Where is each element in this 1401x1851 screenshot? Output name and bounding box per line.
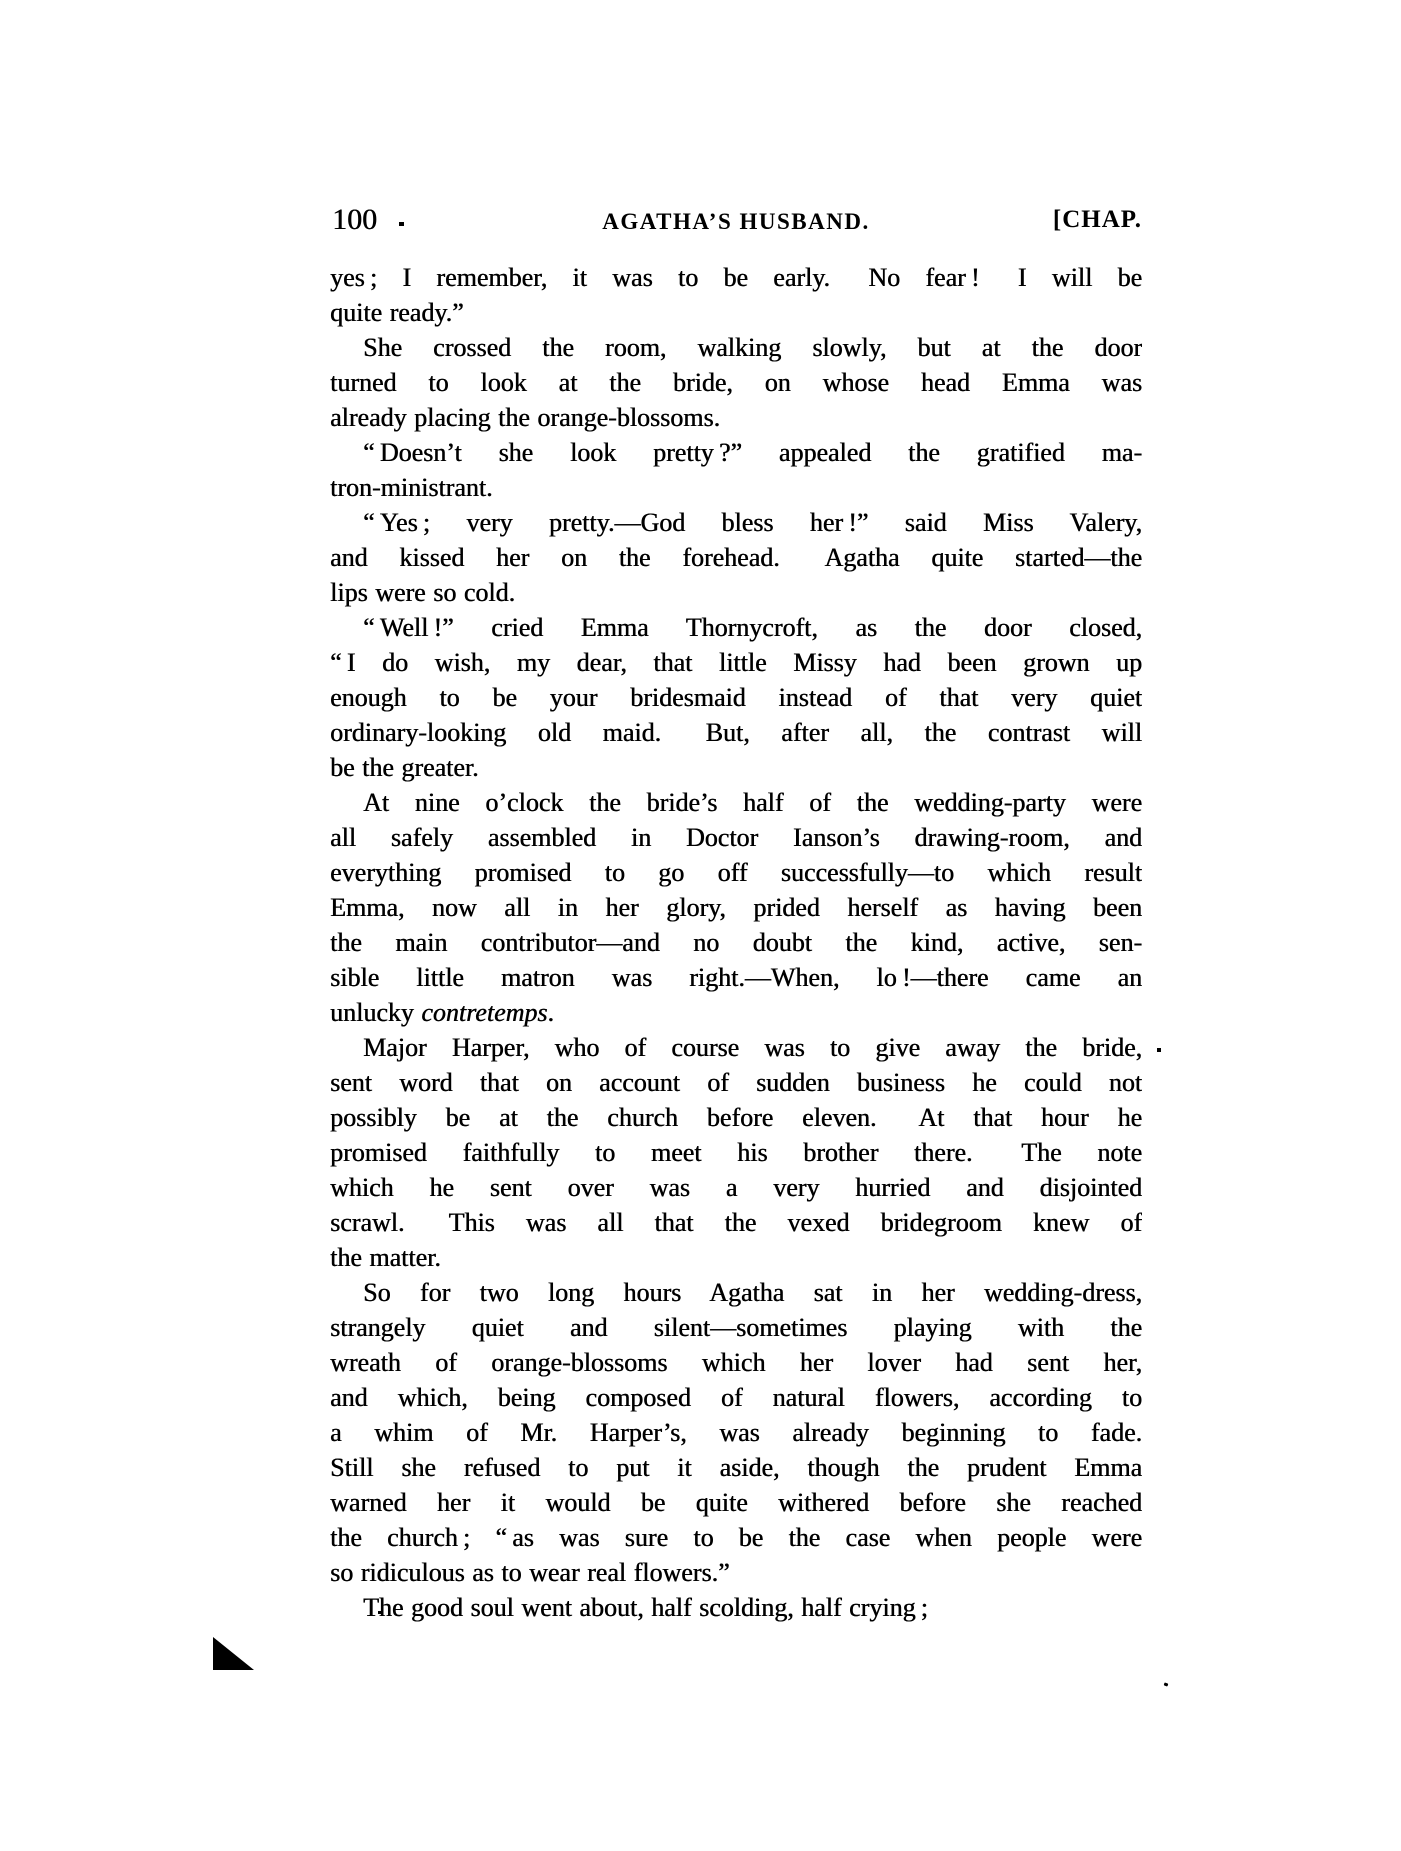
book-page: 100 AGATHA’S HUSBAND. [CHAP. yes ; I rem… [0,0,1401,1851]
text-segment: unlucky [330,998,421,1027]
text-line: scrawl. This was all that the vexed brid… [330,1205,1142,1240]
paragraph: “ Doesn’t she look pretty ?” appealed th… [330,435,1142,505]
text-line: ordinary-looking old maid. But, after al… [330,715,1142,750]
text-line: strangely quiet and silent—sometimes pla… [330,1310,1142,1345]
ink-speck [399,222,404,226]
text-line: So for two long hours Agatha sat in her … [330,1275,1142,1310]
page-header: 100 AGATHA’S HUSBAND. [CHAP. [330,204,1142,240]
text-line: “ Doesn’t she look pretty ?” appealed th… [330,435,1142,470]
text-line: the church ; “ as was sure to be the cas… [330,1520,1142,1555]
text-line: tron-ministrant. [330,470,1142,505]
text-line: “ Well !” cried Emma Thornycroft, as the… [330,610,1142,645]
printer-mark-triangle [213,1637,254,1670]
text-line: the main contributor—and no doubt the ki… [330,925,1142,960]
text-line: Still she refused to put it aside, thoug… [330,1450,1142,1485]
text-line: She crossed the room, walking slowly, bu… [330,330,1142,365]
text-line: The good soul went about, half scolding,… [330,1590,1142,1625]
text-line: and which, being composed of natural flo… [330,1380,1142,1415]
text-line: lips were so cold. [330,575,1142,610]
paragraph: Major Harper, who of course was to give … [330,1030,1142,1275]
text-line: sent word that on account of sudden busi… [330,1065,1142,1100]
text-line: “ Yes ; very pretty.—God bless her !” sa… [330,505,1142,540]
text-line: the matter. [330,1240,1142,1275]
text-line: so ridiculous as to wear real flowers.” [330,1555,1142,1590]
text-line: “ I do wish, my dear, that little Missy … [330,645,1142,680]
text-line: already placing the orange-blossoms. [330,400,1142,435]
italic-word: contretemps [421,998,547,1027]
text-line: warned her it would be quite withered be… [330,1485,1142,1520]
running-title: AGATHA’S HUSBAND. [330,208,1142,236]
page-body-text: yes ; I remember, it was to be early. No… [330,260,1142,1625]
text-line: and kissed her on the forehead. Agatha q… [330,540,1142,575]
text-line: wreath of orange-blossoms which her love… [330,1345,1142,1380]
paragraph: She crossed the room, walking slowly, bu… [330,330,1142,435]
paragraph: The good soul went about, half scolding,… [330,1590,1142,1625]
text-line: be the greater. [330,750,1142,785]
text-line: sible little matron was right.—When, lo … [330,960,1142,995]
text-segment: . [547,998,554,1027]
text-line: everything promised to go off successful… [330,855,1142,890]
text-line: possibly be at the church before eleven.… [330,1100,1142,1135]
text-line: enough to be your bridesmaid instead of … [330,680,1142,715]
text-line: promised faithfully to meet his brother … [330,1135,1142,1170]
text-line: all safely assembled in Doctor Ianson’s … [330,820,1142,855]
text-line: Major Harper, who of course was to give … [330,1030,1142,1065]
text-line: Emma, now all in her glory, prided herse… [330,890,1142,925]
paragraph: At nine o’clock the bride’s half of the … [330,785,1142,1030]
paragraph: “ Well !” cried Emma Thornycroft, as the… [330,610,1142,785]
paragraph: “ Yes ; very pretty.—God bless her !” sa… [330,505,1142,610]
text-line: a whim of Mr. Harper’s, was already begi… [330,1415,1142,1450]
text-line: yes ; I remember, it was to be early. No… [330,260,1142,295]
chapter-marker: [CHAP. [1053,205,1142,235]
paragraph: yes ; I remember, it was to be early. No… [330,260,1142,330]
text-line: which he sent over was a very hurried an… [330,1170,1142,1205]
paragraph: So for two long hours Agatha sat in her … [330,1275,1142,1590]
text-line: At nine o’clock the bride’s half of the … [330,785,1142,820]
ink-speck [1164,1682,1169,1686]
ink-speck [1157,1048,1161,1052]
ink-speck [378,1611,381,1614]
text-line: quite ready.” [330,295,1142,330]
text-line: unlucky contretemps. [330,995,1142,1030]
text-line: turned to look at the bride, on whose he… [330,365,1142,400]
